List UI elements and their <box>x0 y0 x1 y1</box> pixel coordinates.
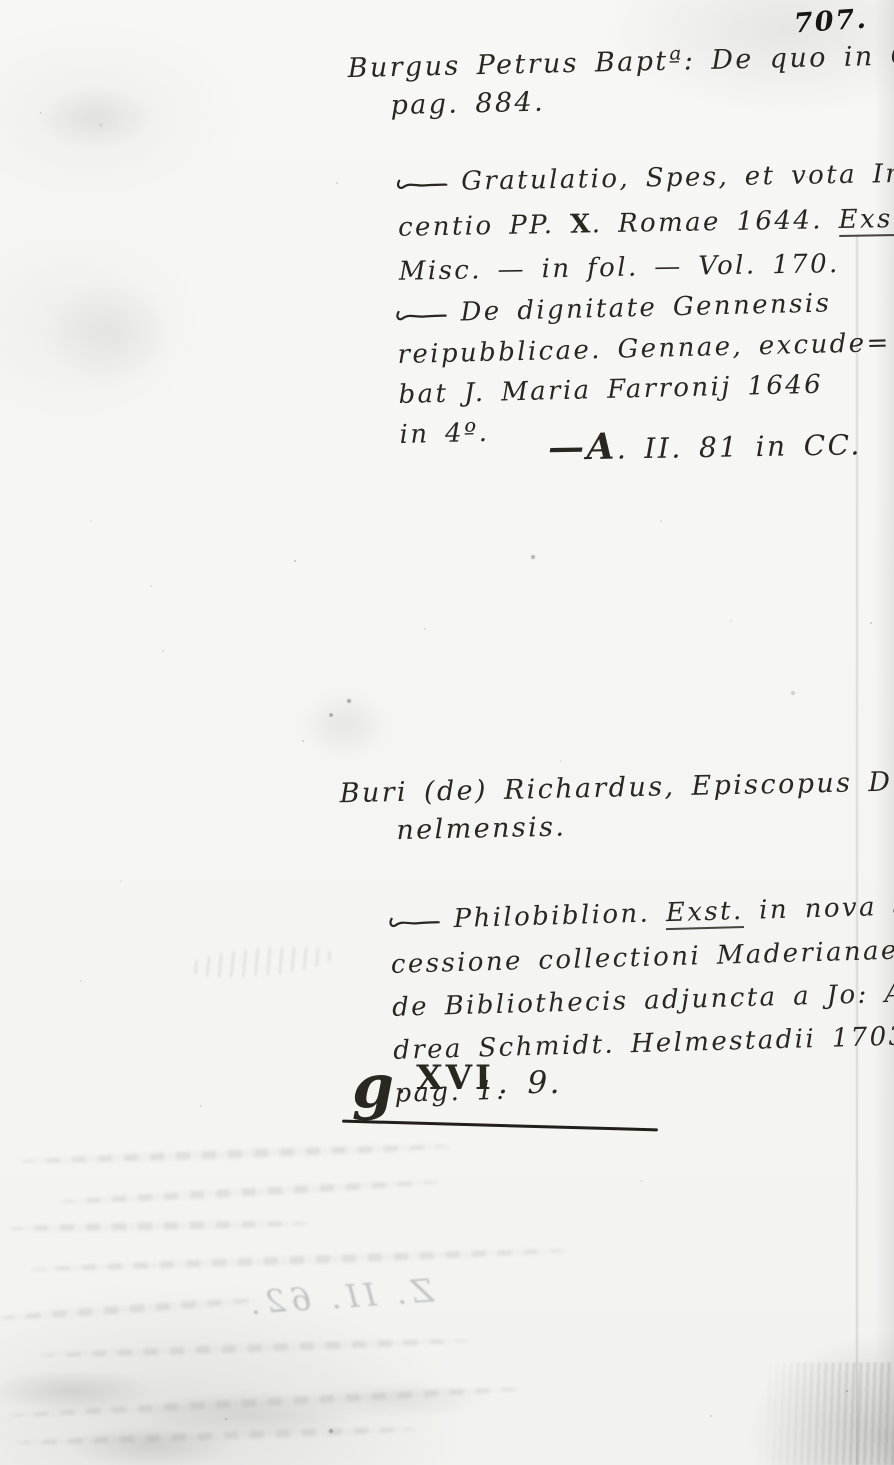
entry-heading: Buri (de) Richardus, Episcopus Dü= nelme… <box>339 766 894 848</box>
roman-numeral: X <box>570 209 592 239</box>
work-text: De dignitate Gennensis <box>460 288 831 327</box>
exstat-mark: Exst. <box>665 896 744 930</box>
exstat-mark: Exst. <box>838 204 894 237</box>
ditto-dash-icon <box>394 294 449 335</box>
bleedthrough-mirrored-shelfmark: Z. II. 62. <box>244 1271 435 1322</box>
work-gratulatio: Gratulatio, Spes, et vota Inno centio PP… <box>397 151 894 293</box>
shelfmark-underline <box>342 1120 658 1132</box>
heading-line: pag. 884. <box>390 77 894 121</box>
bleedthrough-texture <box>0 1372 600 1465</box>
page-number: 707. <box>793 3 869 39</box>
bleedthrough-scribble <box>184 942 336 983</box>
work-text: centio PP. <box>398 210 571 243</box>
work-text: . Romae 1644. <box>591 205 838 239</box>
paper-smudge <box>36 86 156 150</box>
ditto-dash-icon <box>395 161 450 206</box>
entry-heading: Burgus Petrus Baptª: De quo in Catº. pag… <box>347 39 894 122</box>
shelfmark-text: . 9. <box>498 1065 562 1101</box>
work-text: in nova ac= <box>743 890 894 926</box>
heading-line: nelmensis. <box>396 804 894 846</box>
heading-line: Burgus Petrus Baptª: De quo in Catº. <box>347 39 894 84</box>
paper-smudge <box>300 690 390 760</box>
ink-specks <box>0 0 2 2</box>
shelfmark-letter: —A <box>548 426 617 469</box>
shelfmark: —A. II. 81 in CC. <box>548 421 862 468</box>
shelfmark-text: . II. 81 in CC. <box>617 428 862 465</box>
corner-shadow <box>762 1362 894 1465</box>
bleedthrough-scribble <box>60 1178 440 1206</box>
shelfmark-philobiblion: g.XVI. 9. <box>352 1062 562 1102</box>
heading-line: Buri (de) Richardus, Episcopus Dü= <box>339 766 894 810</box>
paper-smudge <box>44 278 174 388</box>
bleedthrough-scribble <box>0 1296 260 1322</box>
shelfmark-letter: g <box>352 1052 396 1122</box>
ditto-dash-icon <box>387 899 442 943</box>
shelfmark-dot: . <box>396 1066 408 1101</box>
bleedthrough-scribble <box>30 1247 570 1274</box>
bleedthrough-scribble <box>40 1336 470 1359</box>
bleedthrough-scribble <box>20 1142 450 1165</box>
bleedthrough-scribble <box>8 1219 308 1232</box>
manuscript-page: Z. II. 62. 707. Burgus Petrus Baptª: De … <box>0 0 894 1465</box>
roman-numeral: XVI <box>416 1058 494 1098</box>
work-text: Philobiblion. <box>453 898 666 934</box>
work-text: Gratulatio, Spes, et vota Inno <box>461 158 894 196</box>
